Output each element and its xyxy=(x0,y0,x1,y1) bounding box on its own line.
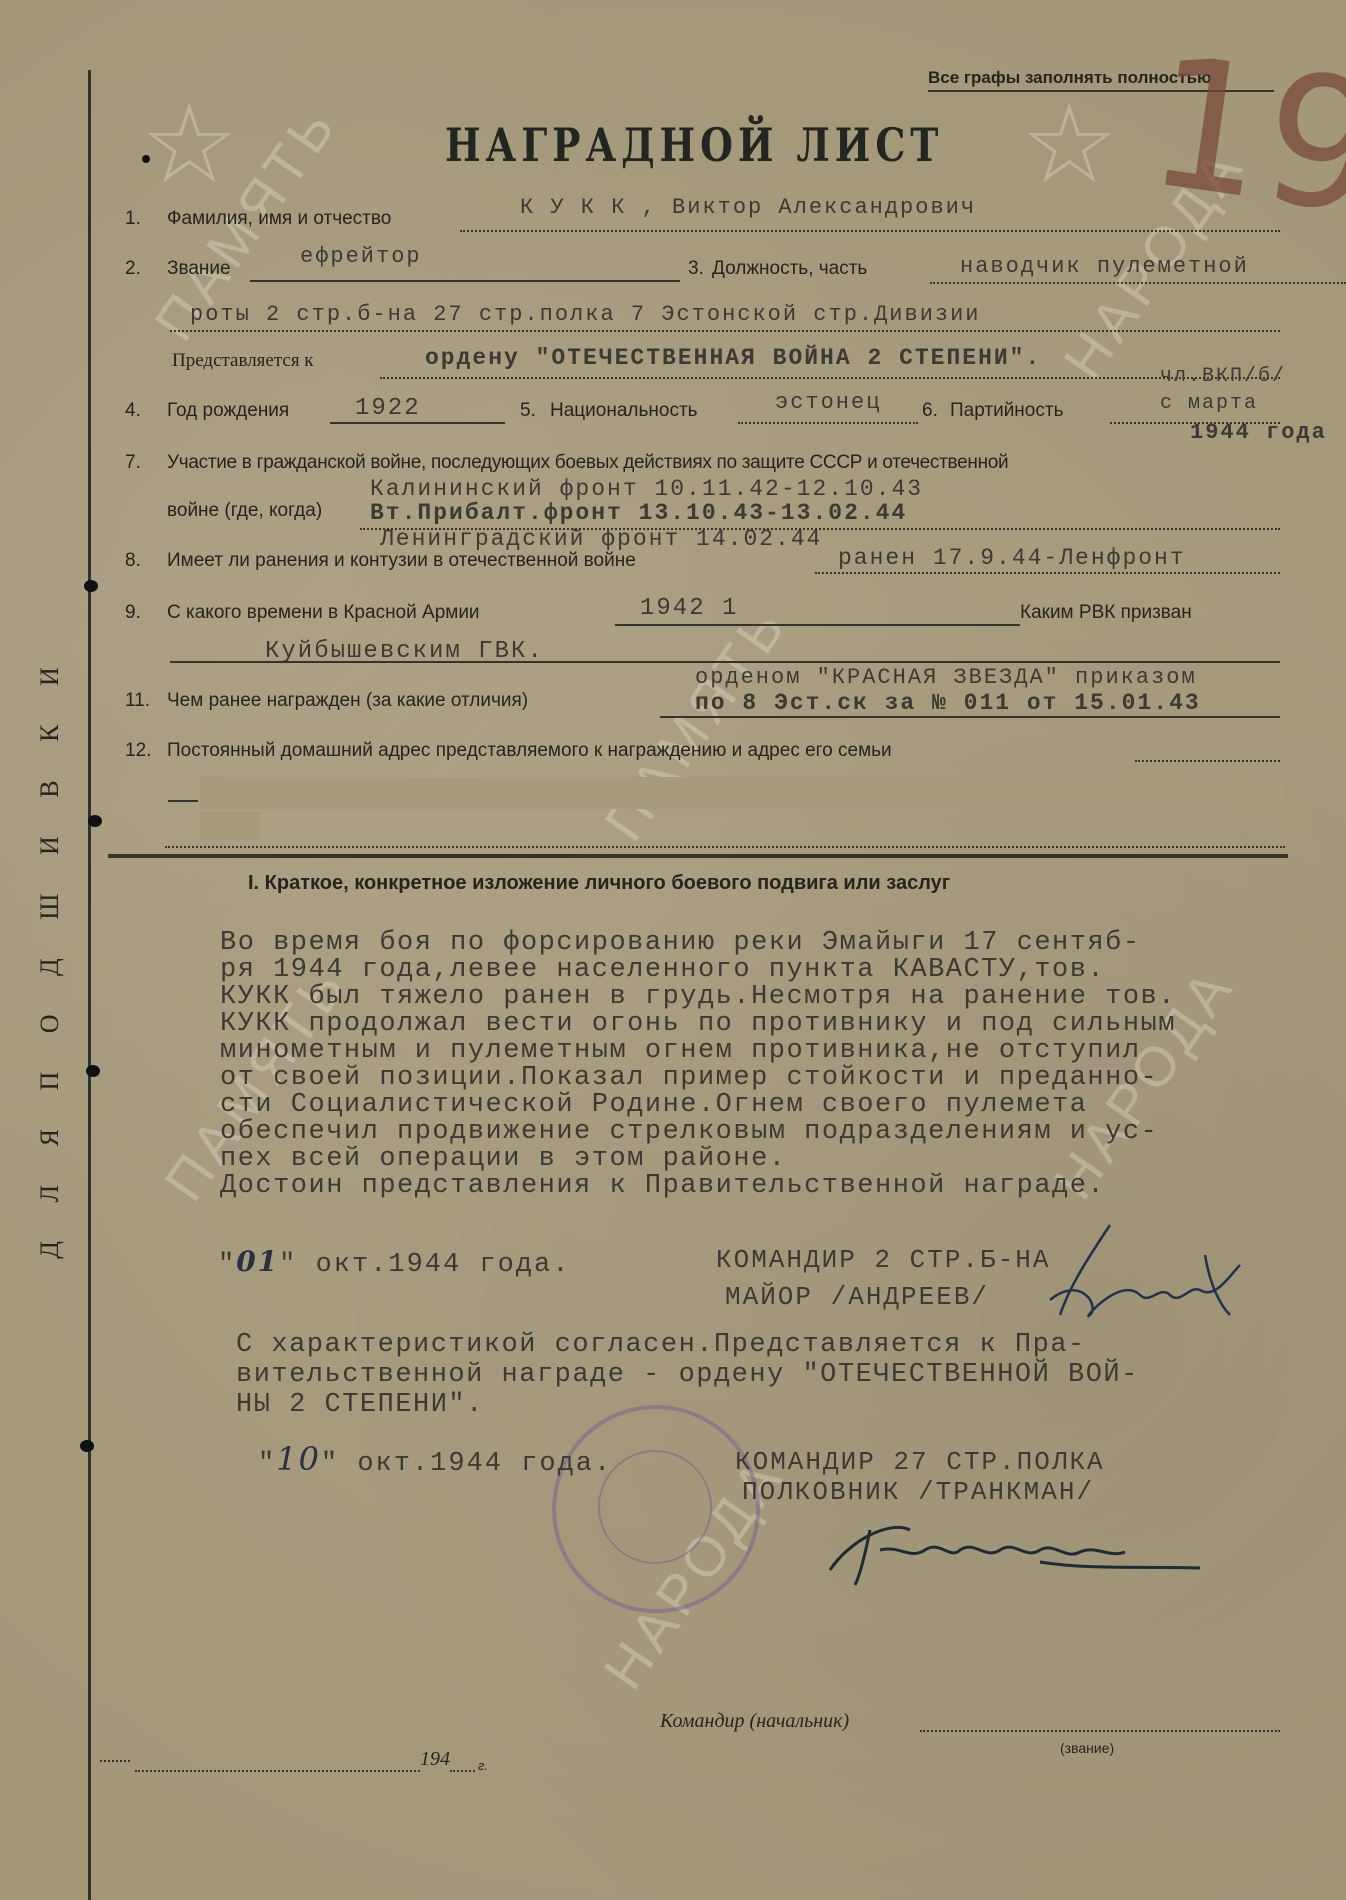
field-10-underline xyxy=(170,661,1280,663)
field-9-underline xyxy=(615,624,1020,626)
punch-hole xyxy=(88,815,102,827)
divider-dotted xyxy=(165,846,1285,848)
binding-margin-line xyxy=(88,70,91,1900)
field-4-value: 1922 xyxy=(355,395,421,422)
field-4-number: 4. xyxy=(125,400,141,422)
punch-hole xyxy=(84,580,98,592)
redacted-address xyxy=(200,812,260,840)
field-11-value-line2: по 8 Эст.ск за № 011 от 15.01.43 xyxy=(695,690,1201,716)
rank-caption: (звание) xyxy=(1060,1740,1114,1756)
field-5-underline xyxy=(738,422,918,424)
sign2-date-rest: окт.1944 года. xyxy=(357,1449,612,1479)
endorsement-line: вительственной награде - ордену "ОТЕЧЕСТ… xyxy=(236,1360,1139,1390)
sign2-day: 10 xyxy=(276,1440,321,1478)
nominated-value: ордену "ОТЕЧЕСТВЕННАЯ ВОЙНА 2 СТЕПЕНИ". xyxy=(425,345,1041,371)
field-3-value-line2: роты 2 стр.б-на 27 стр.полка 7 Эстонской… xyxy=(190,302,981,327)
field-11-underline xyxy=(660,716,1280,718)
endorsement-line: С характеристикой согласен.Представляетс… xyxy=(236,1330,1139,1360)
merit-line: пех всей операции в этом районе. xyxy=(220,1146,1176,1173)
merit-line: КУКК продолжал вести огонь по противнику… xyxy=(220,1011,1176,1038)
merit-description: Во время боя по форсированию реки Эмайыг… xyxy=(220,930,1176,1200)
merit-line: ря 1944 года,левее населенного пункта КА… xyxy=(220,957,1176,984)
field-9-value: 1942 1 xyxy=(640,595,738,622)
field-7-entry: Вт.Прибалт.фронт 13.10.43-13.02.44 xyxy=(370,500,907,526)
field-9-label: С какого времени в Красной Армии xyxy=(167,602,480,624)
field-3-underline-2 xyxy=(170,330,1280,332)
page-title: НАГРАДНОЙ ЛИСТ xyxy=(445,118,943,172)
redacted-address xyxy=(200,777,1285,809)
field-3-value: наводчик пулеметной xyxy=(960,254,1249,279)
merit-line: КУКК был тяжело ранен в грудь.Несмотря н… xyxy=(220,984,1176,1011)
footer-date-suffix: г. xyxy=(478,1758,488,1773)
merit-conclusion: Достоин представления к Правительственно… xyxy=(220,1173,1176,1200)
watermark-text: ПАМЯТЬ xyxy=(591,593,800,853)
sign2-title: КОМАНДИР 27 СТР.ПОЛКА xyxy=(735,1447,1105,1477)
field-2-value: ефрейтор xyxy=(300,244,422,269)
field-2-label: Звание xyxy=(167,258,231,280)
sign1-title: КОМАНДИР 2 СТР.Б-НА xyxy=(716,1245,1050,1275)
date-month-underline xyxy=(135,1770,420,1772)
footer-date-year: 194 xyxy=(420,1748,450,1771)
field-7-entry: Калининский фронт 10.11.42-12.10.43 xyxy=(370,476,923,502)
sign1-date: "01" окт.1944 года. xyxy=(218,1245,570,1280)
field-3-label: Должность, часть xyxy=(712,258,867,280)
field-6-underline xyxy=(1110,422,1280,424)
section-1-heading: I. Краткое, конкретное изложение личного… xyxy=(248,872,950,895)
field-12-number: 12. xyxy=(125,740,151,762)
field-7-label-line2: войне (где, когда) xyxy=(167,500,322,522)
field-1-label: Фамилия, имя и отчество xyxy=(167,208,391,230)
field-6-number: 6. xyxy=(922,400,938,422)
merit-line: сти Социалистической Родине.Огнем своего… xyxy=(220,1092,1176,1119)
field-11-label: Чем ранее награжден (за какие отличия) xyxy=(167,690,528,712)
watermark-star-icon: ☆ xyxy=(1020,80,1119,209)
field-10-label: Каким РВК призван xyxy=(1020,602,1192,624)
section-divider xyxy=(108,854,1288,858)
sign2-signature xyxy=(810,1500,1230,1590)
field-11-value-line1: орденом "КРАСНАЯ ЗВЕЗДА" приказом xyxy=(695,665,1197,690)
field-8-label: Имеет ли ранения и контузии в отечествен… xyxy=(167,550,636,572)
field-8-number: 8. xyxy=(125,550,141,572)
field-3-number: 3. xyxy=(688,258,704,280)
field-5-label: Национальность xyxy=(550,400,698,422)
endorsement-text: С характеристикой согласен.Представляетс… xyxy=(236,1330,1139,1420)
sign1-name: МАЙОР /АНДРЕЕВ/ xyxy=(725,1282,989,1312)
sign1-day: 01 xyxy=(236,1245,279,1278)
field-2-underline xyxy=(250,280,680,282)
field-7-label-line1: Участие в гражданской войне, последующих… xyxy=(167,452,1008,474)
field-5-value: эстонец xyxy=(775,390,881,415)
field-9-number: 9. xyxy=(125,602,141,624)
punch-hole xyxy=(142,155,150,163)
punch-hole xyxy=(86,1065,100,1077)
field-3-underline xyxy=(930,282,1346,284)
field-11-number: 11. xyxy=(125,690,150,712)
merit-line: минометным и пулеметным огнем противника… xyxy=(220,1038,1176,1065)
sign1-date-rest: окт.1944 года. xyxy=(316,1250,571,1280)
official-stamp-inner xyxy=(598,1450,712,1564)
side-label-for-filing: Д Л Я П О Д Ш И В К И xyxy=(35,575,65,1335)
merit-line: Во время боя по форсированию реки Эмайыг… xyxy=(220,930,1176,957)
archive-number-pencil: 195 xyxy=(1137,17,1346,272)
field-4-underline xyxy=(330,422,505,424)
commander-label: Командир (начальник) xyxy=(660,1710,849,1733)
field-8-underline xyxy=(815,572,1280,574)
field-6-value-line2: с марта xyxy=(1160,392,1258,415)
field-2-number: 2. xyxy=(125,258,141,280)
field-8-value: ранен 17.9.44-Ленфронт xyxy=(838,545,1186,571)
merit-line: обеспечил продвижение стрелковым подразд… xyxy=(220,1119,1176,1146)
sign2-date: "10" окт.1944 года. xyxy=(258,1440,612,1479)
field-6-value-line1: чл.ВКП/б/ xyxy=(1160,365,1286,388)
field-7-entry: Ленинградский фронт 14.02.44 xyxy=(380,526,822,552)
field-12-label: Постоянный домашний адрес представляемог… xyxy=(167,740,892,762)
field-1-number: 1. xyxy=(125,208,141,230)
commander-underline xyxy=(920,1730,1280,1732)
nominated-underline xyxy=(380,377,1280,379)
date-day-underline xyxy=(100,1760,130,1762)
sign1-signature xyxy=(1030,1215,1270,1325)
punch-hole xyxy=(80,1440,94,1452)
field-6-label: Партийность xyxy=(950,400,1063,422)
field-1-underline xyxy=(460,230,1280,232)
field-1-value: К У К К , Виктор Александрович xyxy=(520,195,976,220)
date-year-underline xyxy=(450,1770,475,1772)
watermark-star-icon: ☆ xyxy=(140,80,239,209)
merit-line: от своей позиции.Показал пример стойкост… xyxy=(220,1065,1176,1092)
field-12-underline xyxy=(1135,760,1280,762)
field-4-label: Год рождения xyxy=(167,400,289,422)
field-5-number: 5. xyxy=(520,400,536,422)
nominated-label: Представляется к xyxy=(172,350,314,372)
field-12-underline-2 xyxy=(168,800,198,802)
field-7-number: 7. xyxy=(125,452,141,474)
